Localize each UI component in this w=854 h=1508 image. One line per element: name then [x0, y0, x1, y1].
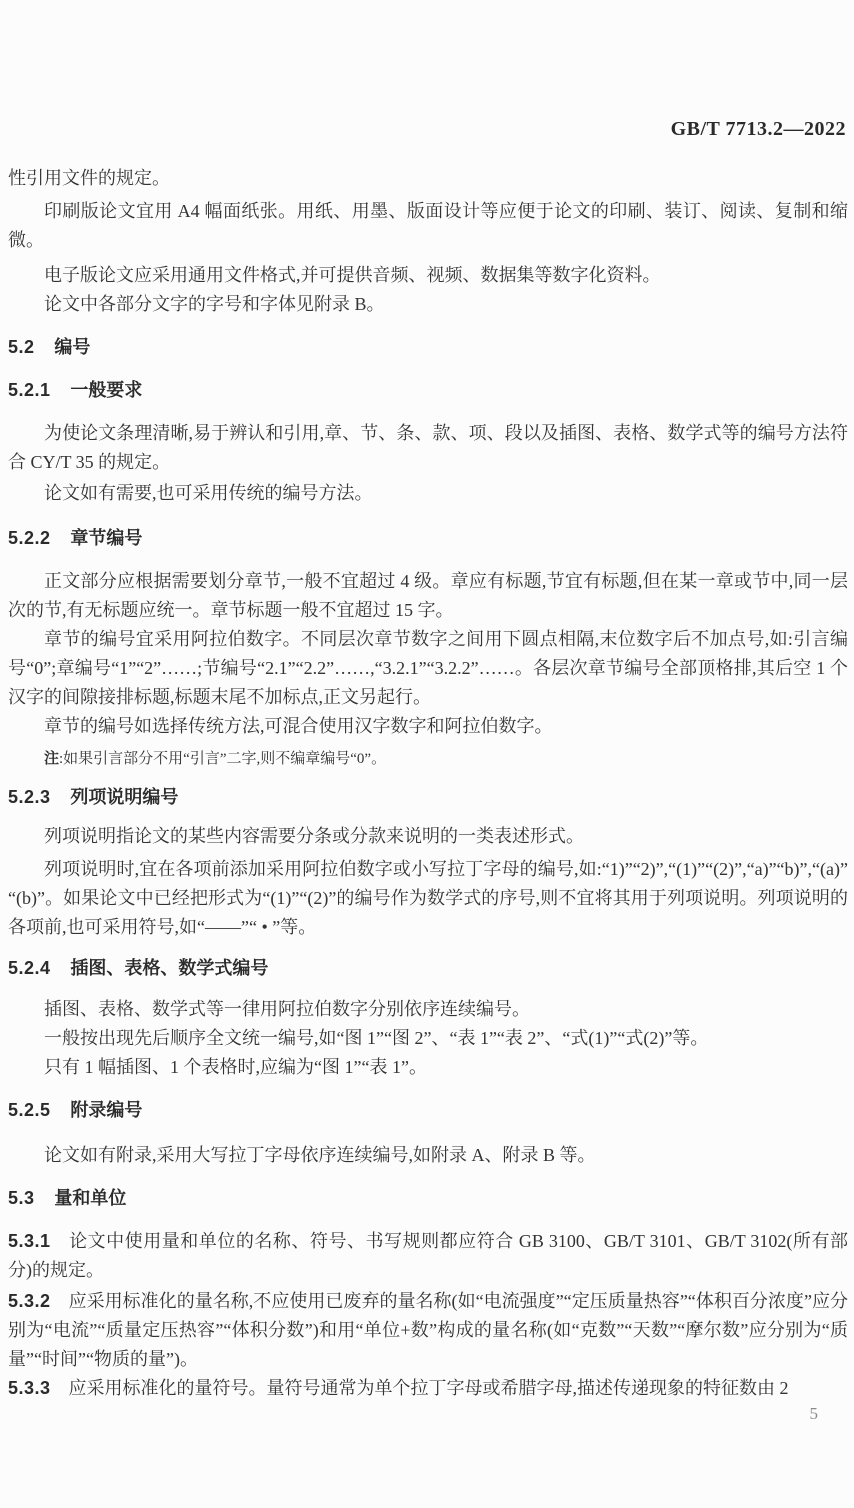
paragraph: 章节的编号宜采用阿拉伯数字。不同层次章节数字之间用下圆点相隔,末位数字后不加点号…	[8, 625, 848, 712]
section-heading-5-2-5: 5.2.5附录编号	[8, 1096, 848, 1125]
paragraph: 为使论文条理清晰,易于辨认和引用,章、节、条、款、项、段以及插图、表格、数学式等…	[8, 419, 848, 477]
page-number: 5	[810, 1404, 819, 1423]
section-title: 编号	[54, 337, 90, 357]
paragraph: 正文部分应根据需要划分章节,一般不宜超过 4 级。章应有标题,节宜有标题,但在某…	[8, 567, 848, 625]
clause-text: 论文中使用量和单位的名称、符号、书写规则都应符合 GB 3100、GB/T 31…	[8, 1231, 848, 1280]
paragraph: 插图、表格、数学式等一律用阿拉伯数字分别依序连续编号。	[8, 995, 848, 1024]
section-title: 章节编号	[70, 528, 142, 548]
section-title: 量和单位	[54, 1188, 126, 1208]
section-heading-5-2-2: 5.2.2章节编号	[8, 524, 848, 553]
note-text: :如果引言部分不用“引言”二字,则不编章编号“0”。	[59, 751, 386, 767]
paragraph: 一般按出现先后顺序全文统一编号,如“图 1”“图 2”、“表 1”“表 2”、“…	[8, 1024, 848, 1053]
note: 注:如果引言部分不用“引言”二字,则不编章编号“0”。	[8, 747, 848, 771]
section-heading-5-2-1: 5.2.1一般要求	[8, 376, 848, 405]
section-heading-5-2-4: 5.2.4插图、表格、数学式编号	[8, 954, 848, 983]
section-number: 5.2.2	[8, 528, 51, 548]
clause-5-3-3: 5.3.3应采用标准化的量符号。量符号通常为单个拉丁字母或希腊字母,描述传递现象…	[8, 1374, 848, 1403]
section-heading-5-3: 5.3量和单位	[8, 1184, 848, 1213]
paragraph-continuation: 性引用文件的规定。	[8, 164, 848, 193]
paragraph: 论文如有需要,也可采用传统的编号方法。	[8, 479, 848, 508]
clause-5-3-2: 5.3.2应采用标准化的量名称,不应使用已废弃的量名称(如“电流强度”“定压质量…	[8, 1287, 848, 1374]
section-number: 5.2.3	[8, 787, 51, 807]
section-title: 列项说明编号	[70, 787, 178, 807]
clause-number: 5.3.2	[8, 1291, 51, 1311]
paragraph-print-edition: 印刷版论文宜用 A4 幅面纸张。用纸、用墨、版面设计等应便于论文的印刷、装订、阅…	[8, 197, 848, 255]
section-title: 附录编号	[70, 1100, 142, 1120]
standard-code: GB/T 7713.2—2022	[671, 118, 846, 140]
paragraph: 列项说明指论文的某些内容需要分条或分款来说明的一类表述形式。	[8, 822, 848, 851]
section-number: 5.3	[8, 1188, 35, 1208]
section-number: 5.2.1	[8, 380, 51, 400]
document-page: GB/T 7713.2—2022 性引用文件的规定。 印刷版论文宜用 A4 幅面…	[0, 0, 854, 1508]
section-number: 5.2	[8, 337, 35, 357]
clause-number: 5.3.1	[8, 1231, 51, 1251]
note-label: 注	[44, 750, 59, 767]
section-heading-5-2: 5.2编号	[8, 333, 848, 362]
clause-text: 应采用标准化的量名称,不应使用已废弃的量名称(如“电流强度”“定压质量热容”“体…	[8, 1291, 848, 1369]
section-heading-5-2-3: 5.2.3列项说明编号	[8, 783, 848, 812]
paragraph-electronic-edition: 电子版论文应采用通用文件格式,并可提供音频、视频、数据集等数字化资料。	[8, 261, 848, 290]
section-number: 5.2.5	[8, 1100, 51, 1120]
clause-text: 应采用标准化的量符号。量符号通常为单个拉丁字母或希腊字母,描述传递现象的特征数由…	[69, 1378, 789, 1398]
paragraph: 列项说明时,宜在各项前添加采用阿拉伯数字或小写拉丁字母的编号,如:“1)”“2)…	[8, 855, 848, 942]
paragraph-font-appendix: 论文中各部分文字的字号和字体见附录 B。	[8, 290, 848, 319]
paragraph: 章节的编号如选择传统方法,可混合使用汉字数字和阿拉伯数字。	[8, 712, 848, 741]
section-number: 5.2.4	[8, 958, 51, 978]
page-footer: 5	[8, 1403, 848, 1426]
paragraph: 论文如有附录,采用大写拉丁字母依序连续编号,如附录 A、附录 B 等。	[8, 1141, 848, 1170]
clause-5-3-1: 5.3.1论文中使用量和单位的名称、符号、书写规则都应符合 GB 3100、GB…	[8, 1227, 848, 1285]
doc-header: GB/T 7713.2—2022	[8, 118, 848, 142]
clause-number: 5.3.3	[8, 1378, 51, 1398]
paragraph: 只有 1 幅插图、1 个表格时,应编为“图 1”“表 1”。	[8, 1053, 848, 1082]
section-title: 一般要求	[70, 380, 142, 400]
section-title: 插图、表格、数学式编号	[70, 958, 268, 978]
